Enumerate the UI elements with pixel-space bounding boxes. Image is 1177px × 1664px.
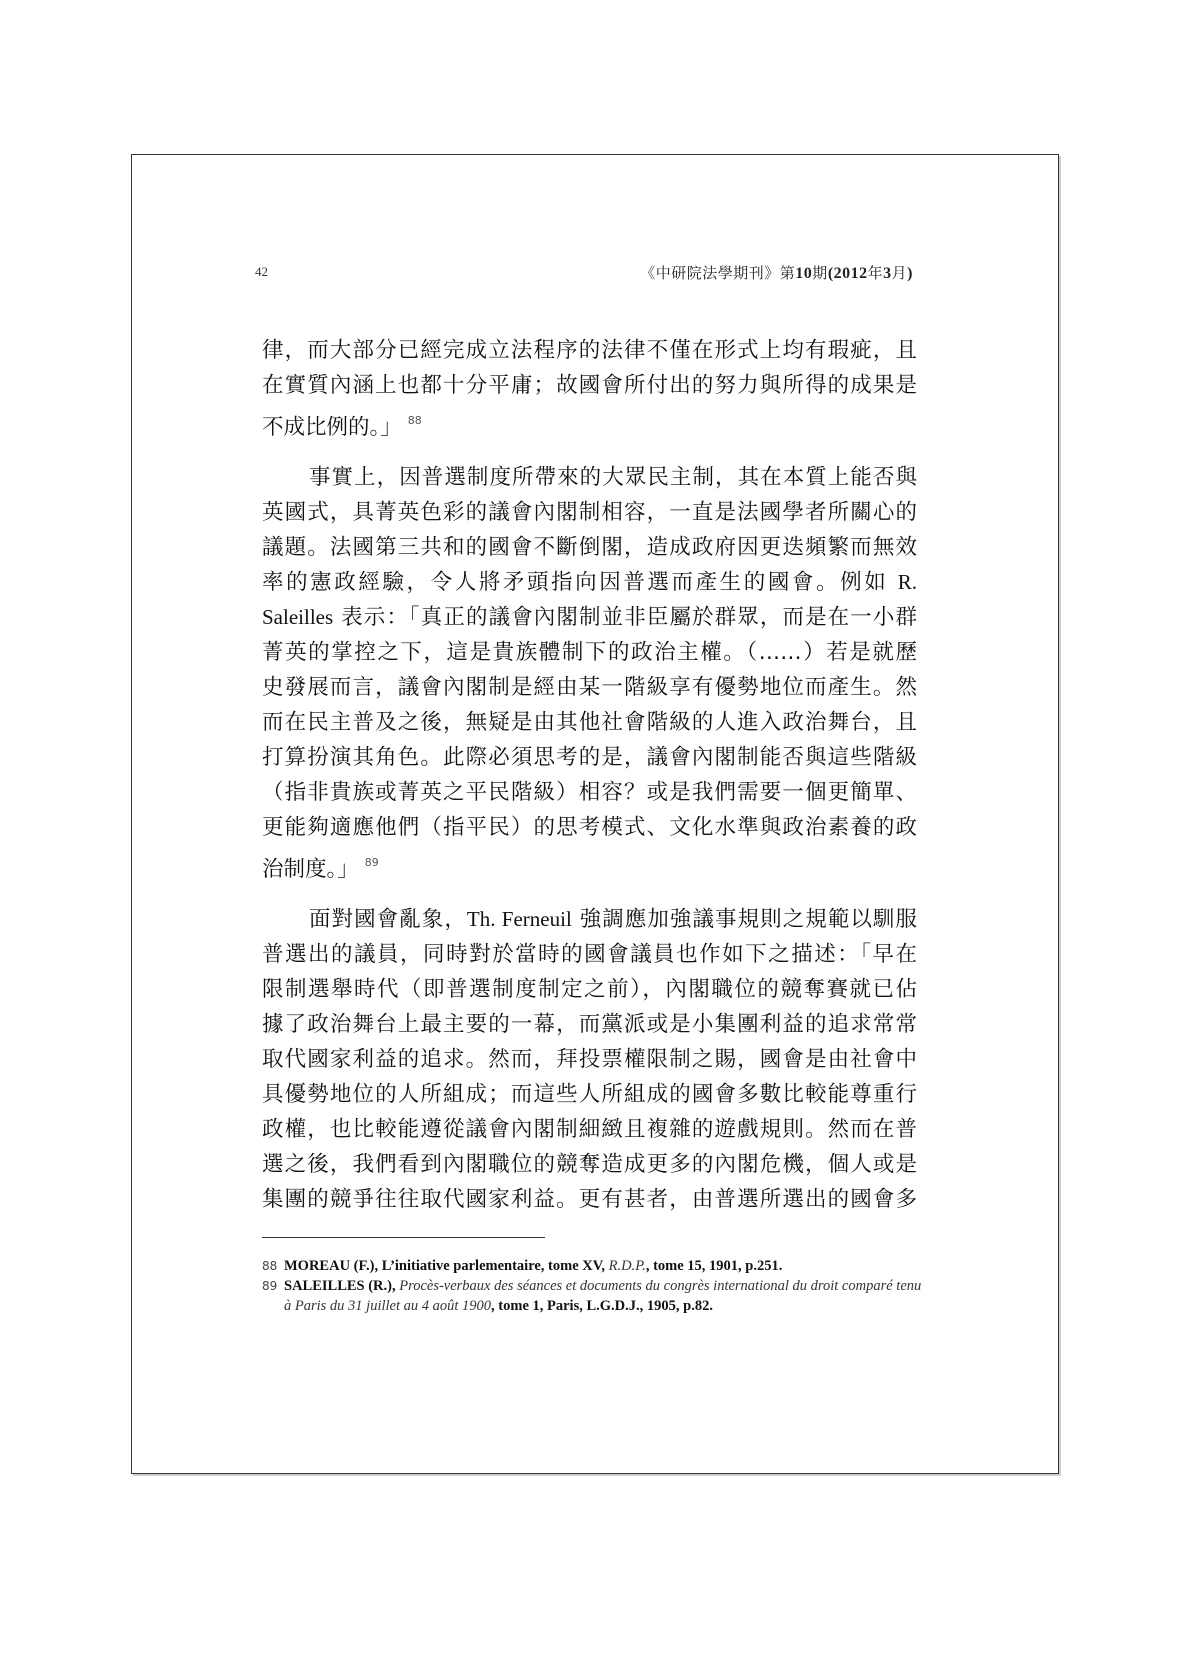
footnote-separator: [262, 1237, 545, 1238]
text-line: 英國式，具菁英色彩的議會內閣制相容，一直是法國學者所關心的: [262, 495, 917, 530]
text-line: 治制度。」89: [262, 845, 917, 880]
journal-name: 《中研院法學期刊》: [640, 264, 780, 282]
text-line: 律，而大部分已經完成立法程序的法律不僅在形式上均有瑕疵，且: [262, 333, 917, 368]
body-text: 律，而大部分已經完成立法程序的法律不僅在形式上均有瑕疵，且 在實質內涵上也都十分…: [262, 333, 917, 1217]
text-line: 面對國會亂象，Th. Ferneuil 強調應加強議事規則之規範以馴服: [262, 902, 917, 937]
text-line: 率的憲政經驗，令人將矛頭指向因普選而產生的國會。例如 R.: [262, 565, 917, 600]
footnote-number: 88: [262, 1256, 277, 1276]
text-line: 選之後，我們看到內閣職位的競奪造成更多的內閣危機，個人或是: [262, 1147, 917, 1182]
footnote-88: 88MOREAU (F.), L’initiative parlementair…: [262, 1256, 922, 1276]
footnote-ref-88[interactable]: 88: [408, 414, 422, 427]
issue-number: 10: [795, 265, 812, 282]
footnotes: 88MOREAU (F.), L’initiative parlementair…: [262, 1256, 922, 1316]
text-line: 議題。法國第三共和的國會不斷倒閣，造成政府因更迭頻繁而無效: [262, 530, 917, 565]
page-number: 42: [255, 264, 268, 280]
issue-year: 2012: [834, 265, 868, 282]
text-line: 不成比例的。」88: [262, 403, 917, 438]
text-line: 而在民主普及之後，無疑是由其他社會階級的人進入政治舞台，且: [262, 705, 917, 740]
journal-title: 《中研院法學期刊》第10期(2012年3月): [640, 262, 913, 283]
issue-month: 3: [883, 265, 892, 282]
text-line: 政權，也比較能遵從議會內閣制細緻且複雜的遊戲規則。然而在普: [262, 1112, 917, 1147]
text-line: Saleilles 表示：「真正的議會內閣制並非臣屬於群眾，而是在一小群: [262, 600, 917, 635]
paragraph-1: 律，而大部分已經完成立法程序的法律不僅在形式上均有瑕疵，且 在實質內涵上也都十分…: [262, 333, 917, 438]
paragraph-2: 事實上，因普選制度所帶來的大眾民主制，其在本質上能否與 英國式，具菁英色彩的議會…: [262, 460, 917, 880]
text-line: 限制選舉時代（即普選制度制定之前），內閣職位的競奪賽就已佔: [262, 972, 917, 1007]
footnote-number: 89: [262, 1276, 277, 1296]
text-line: 更能夠適應他們（指平民）的思考模式、文化水準與政治素養的政: [262, 810, 917, 845]
text-line: （指非貴族或菁英之平民階級）相容？或是我們需要一個更簡單、: [262, 775, 917, 810]
text-line: 具優勢地位的人所組成；而這些人所組成的國會多數比較能尊重行: [262, 1077, 917, 1112]
text-line: 史發展而言，議會內閣制是經由某一階級享有優勢地位而產生。然: [262, 670, 917, 705]
footnote-89: 89SALEILLES (R.), Procès-verbaux des séa…: [262, 1276, 922, 1316]
text-line: 普選出的議員，同時對於當時的國會議員也作如下之描述：「早在: [262, 937, 917, 972]
text-line: 在實質內涵上也都十分平庸；故國會所付出的努力與所得的成果是: [262, 368, 917, 403]
text-line: 打算扮演其角色。此際必須思考的是，議會內閣制能否與這些階級: [262, 740, 917, 775]
text-line: 事實上，因普選制度所帶來的大眾民主制，其在本質上能否與: [262, 460, 917, 495]
text-line: 據了政治舞台上最主要的一幕，而黨派或是小集團利益的追求常常: [262, 1007, 917, 1042]
running-header: 42 《中研院法學期刊》第10期(2012年3月): [255, 262, 913, 284]
text-line: 菁英的掌控之下，這是貴族體制下的政治主權。（……）若是就歷: [262, 635, 917, 670]
text-line: 取代國家利益的追求。然而，拜投票權限制之賜，國會是由社會中: [262, 1042, 917, 1077]
footnote-ref-89[interactable]: 89: [365, 856, 379, 869]
text-line: 集團的競爭往往取代國家利益。更有甚者，由普選所選出的國會多: [262, 1182, 917, 1217]
paragraph-3: 面對國會亂象，Th. Ferneuil 強調應加強議事規則之規範以馴服 普選出的…: [262, 902, 917, 1217]
